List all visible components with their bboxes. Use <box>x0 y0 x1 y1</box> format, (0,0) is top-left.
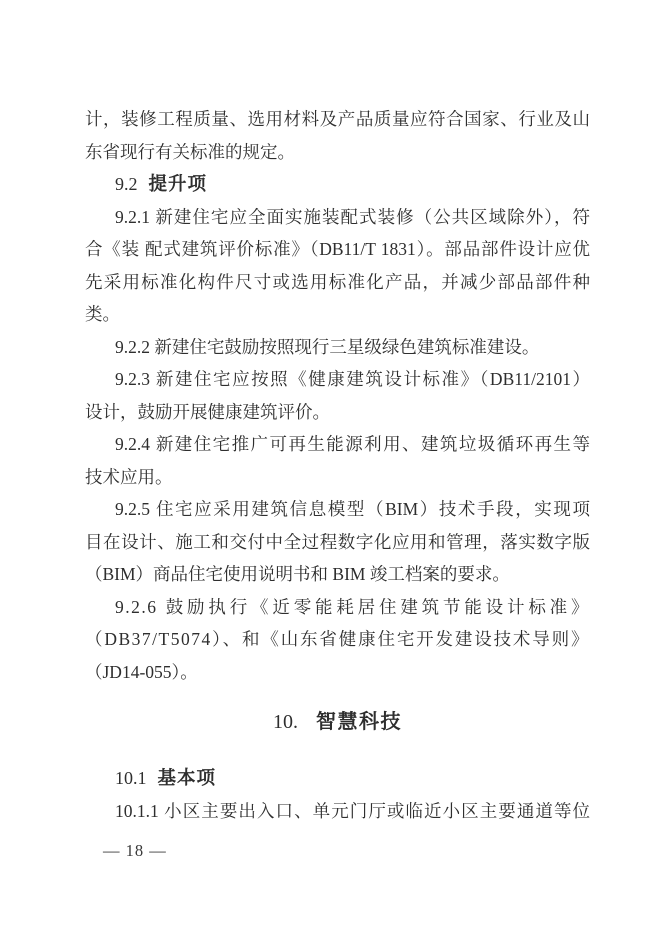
clause-10-1-1-line-1: 10.1.1 小区主要出入口、单元门厅或临近小区主要通道等位 <box>85 795 590 828</box>
section-9-2-title: 提升项 <box>149 173 208 194</box>
clause-9-2-5-line-2: 目在设计、施工和交付中全过程数字化应用和管理，落实数字版 <box>85 526 590 559</box>
clause-9-2-1-line-3: 先采用标准化构件尺寸或选用标准化产品，并减少部品部件种 <box>85 266 590 299</box>
chapter-10-heading: 10.智慧科技 <box>85 704 590 740</box>
clause-9-2-3-line-1: 9.2.3 新建住宅应按照《健康建筑设计标准》（DB11/2101） <box>85 363 590 396</box>
clause-9-2-1-line-2: 合《装 配式建筑评价标准》（DB11/T 1831）。部品部件设计应优 <box>85 233 590 266</box>
clause-9-2-1-line-1: 9.2.1 新建住宅应全面实施装配式装修（公共区域除外），符 <box>85 201 590 234</box>
section-10-1-heading: 10.1基本项 <box>85 762 590 795</box>
clause-9-2-5-line-3: （BIM）商品住宅使用说明书和 BIM 竣工档案的要求。 <box>85 558 590 591</box>
clause-9-2-4-line-2: 技术应用。 <box>85 461 590 494</box>
clause-9-2-4-line-1: 9.2.4 新建住宅推广可再生能源利用、建筑垃圾循环再生等 <box>85 428 590 461</box>
section-10-1-title: 基本项 <box>158 767 217 788</box>
section-9-2-heading: 9.2提升项 <box>85 168 590 201</box>
page-content: 计，装修工程质量、选用材料及产品质量应符合国家、行业及山 东省现行有关标准的规定… <box>85 103 590 827</box>
section-9-2-number: 9.2 <box>115 174 138 194</box>
clause-9-2-2-line-1: 9.2.2 新建住宅鼓励按照现行三星级绿色建筑标准建设。 <box>85 331 590 364</box>
chapter-10-number: 10. <box>273 711 298 733</box>
clause-9-2-6-line-3: （JD14-055）。 <box>85 656 590 689</box>
intro-continuation-line-2: 东省现行有关标准的规定。 <box>85 136 590 169</box>
intro-continuation-line-1: 计，装修工程质量、选用材料及产品质量应符合国家、行业及山 <box>85 103 590 136</box>
clause-9-2-5-line-1: 9.2.5 住宅应采用建筑信息模型（BIM）技术手段，实现项 <box>85 493 590 526</box>
clause-9-2-6-line-2: （DB37/T5074）、和《山东省健康住宅开发建设技术导则》 <box>85 623 590 656</box>
chapter-10-title: 智慧科技 <box>316 711 402 733</box>
section-10-1-number: 10.1 <box>115 768 147 788</box>
document-page: 计，装修工程质量、选用材料及产品质量应符合国家、行业及山 东省现行有关标准的规定… <box>0 0 661 935</box>
clause-9-2-3-line-2: 设计，鼓励开展健康建筑评价。 <box>85 396 590 429</box>
clause-9-2-6-line-1: 9.2.6 鼓励执行《近零能耗居住建筑节能设计标准》 <box>85 591 590 624</box>
clause-9-2-1-line-4: 类。 <box>85 298 590 331</box>
page-number: — 18 — <box>103 838 167 864</box>
